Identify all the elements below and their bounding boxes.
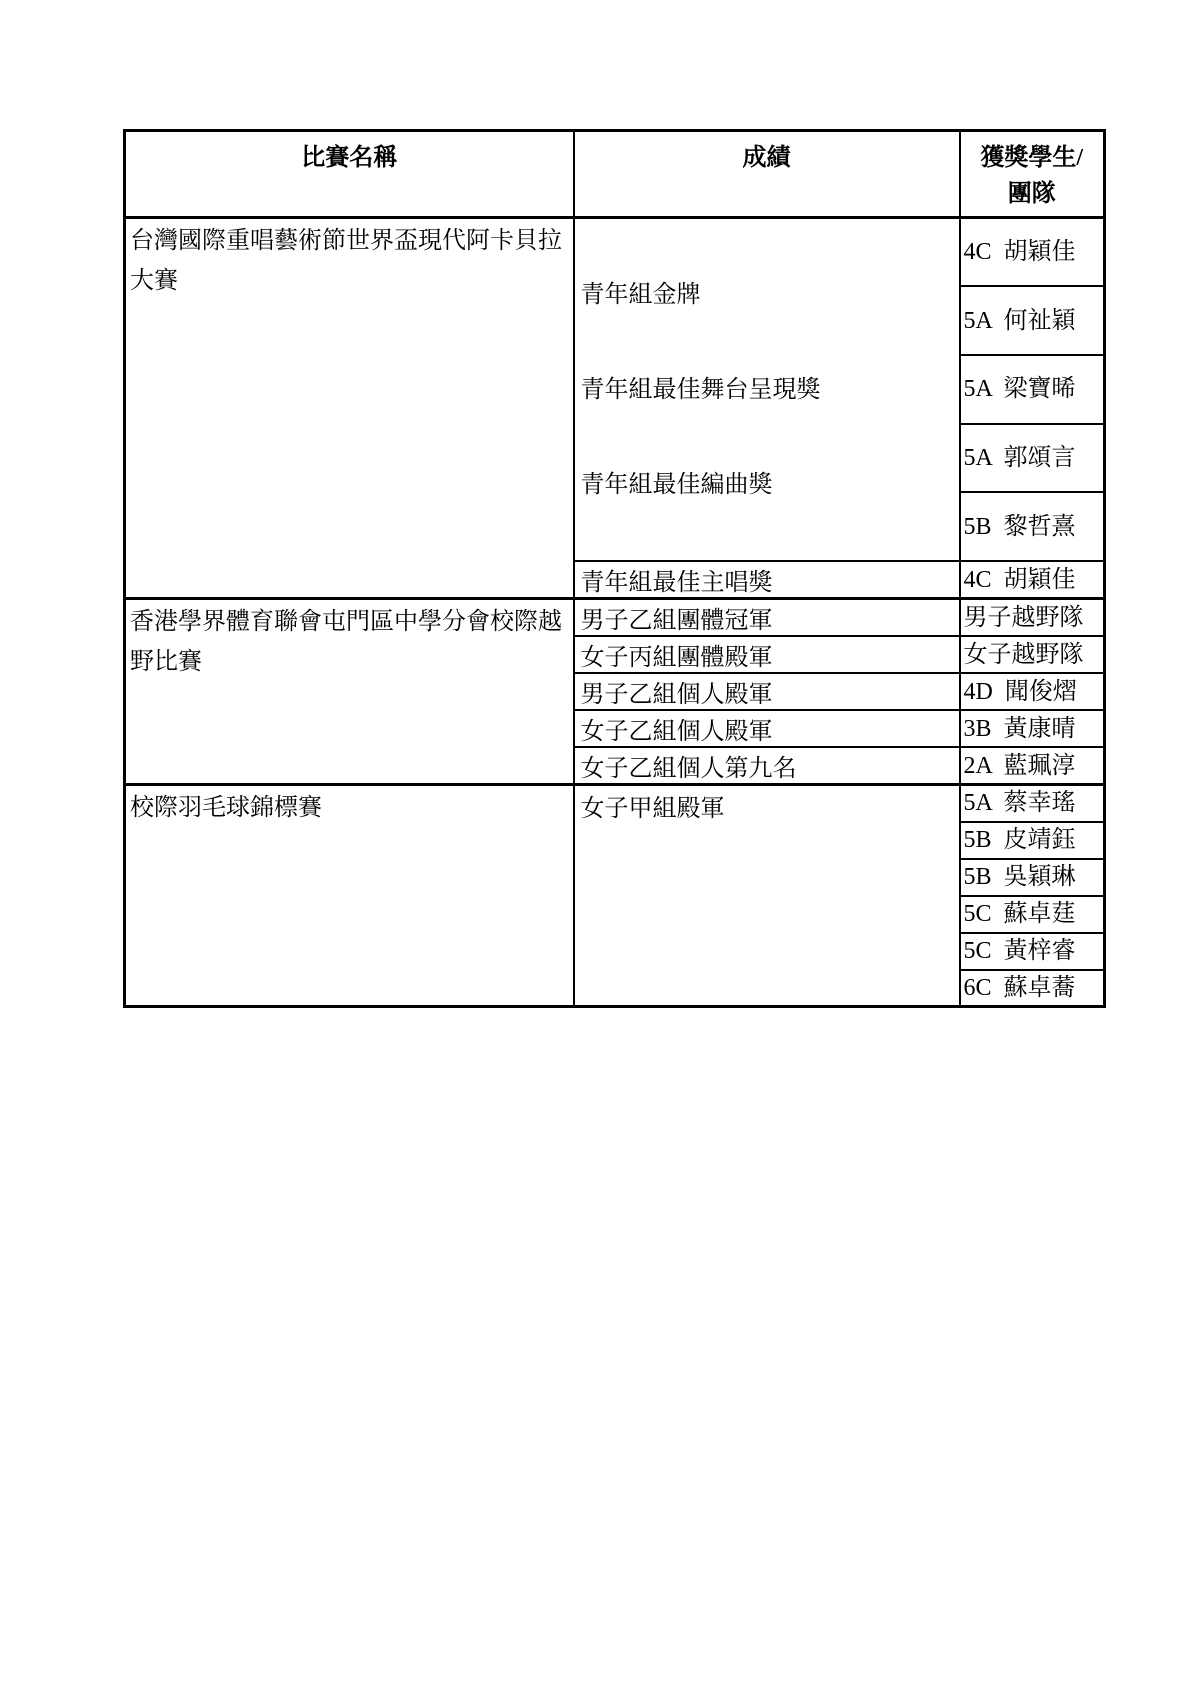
table-row: 香港學界體育聯會屯門區中學分會校際越野比賽 男子乙組團體冠軍 男子越野隊 xyxy=(125,599,1105,637)
cell-student: 4C 胡穎佳 xyxy=(960,561,1105,599)
table-row: 台灣國際重唱藝術節世界盃現代阿卡貝拉大賽 青年組金牌 青年組最佳舞台呈現獎 青年… xyxy=(125,218,1105,287)
cell-student: 5C 黃梓睿 xyxy=(960,933,1105,970)
cell-student: 4D 聞俊熠 xyxy=(960,673,1105,710)
result-line-2: 青年組最佳舞台呈現獎 xyxy=(581,370,957,411)
table-header-row: 比賽名稱 成績 獲獎學生/ 團隊 xyxy=(125,131,1105,218)
cell-result: 女子乙組個人殿軍 xyxy=(574,710,960,747)
cell-result: 男子乙組個人殿軍 xyxy=(574,673,960,710)
document-page: 比賽名稱 成績 獲獎學生/ 團隊 台灣國際重唱藝術節世界盃現代阿卡貝拉大賽 青年… xyxy=(0,0,1202,1700)
result-line-3: 青年組最佳編曲獎 xyxy=(581,465,957,506)
col-header-awardee: 獲獎學生/ 團隊 xyxy=(960,131,1105,218)
cell-student: 5A 梁寶晞 xyxy=(960,355,1105,424)
cell-student: 5A 郭頌言 xyxy=(960,424,1105,493)
cell-result: 女子乙組個人第九名 xyxy=(574,747,960,785)
cell-result: 女子甲組殿軍 xyxy=(574,785,960,1007)
table-row: 校際羽毛球錦標賽 女子甲組殿軍 5A 蔡幸瑤 xyxy=(125,785,1105,822)
cell-competition-2: 香港學界體育聯會屯門區中學分會校際越野比賽 xyxy=(125,599,574,785)
cell-competition-1: 台灣國際重唱藝術節世界盃現代阿卡貝拉大賽 xyxy=(125,218,574,599)
cell-competition-3: 校際羽毛球錦標賽 xyxy=(125,785,574,1007)
cell-student: 2A 藍珮淳 xyxy=(960,747,1105,785)
cell-result: 青年組最佳主唱獎 xyxy=(574,561,960,599)
result-line-1: 青年組金牌 xyxy=(581,275,957,316)
cell-result: 男子乙組團體冠軍 xyxy=(574,599,960,637)
cell-student: 5C 蘇卓莛 xyxy=(960,896,1105,933)
cell-result-multiline: 青年組金牌 青年組最佳舞台呈現獎 青年組最佳編曲獎 xyxy=(574,218,960,562)
col-header-result: 成績 xyxy=(574,131,960,218)
cell-student: 5B 皮靖鈺 xyxy=(960,822,1105,859)
cell-student: 3B 黃康晴 xyxy=(960,710,1105,747)
cell-student: 女子越野隊 xyxy=(960,636,1105,673)
cell-student: 5A 何祉穎 xyxy=(960,286,1105,355)
cell-student: 5B 黎哲熹 xyxy=(960,492,1105,561)
cell-student: 5A 蔡幸瑤 xyxy=(960,785,1105,822)
cell-student: 5B 吳穎琳 xyxy=(960,859,1105,896)
col-header-competition: 比賽名稱 xyxy=(125,131,574,218)
cell-student: 6C 蘇卓蕎 xyxy=(960,970,1105,1007)
cell-student: 男子越野隊 xyxy=(960,599,1105,637)
cell-student: 4C 胡穎佳 xyxy=(960,218,1105,287)
cell-result: 女子丙組團體殿軍 xyxy=(574,636,960,673)
awards-table: 比賽名稱 成績 獲獎學生/ 團隊 台灣國際重唱藝術節世界盃現代阿卡貝拉大賽 青年… xyxy=(123,129,1106,1008)
